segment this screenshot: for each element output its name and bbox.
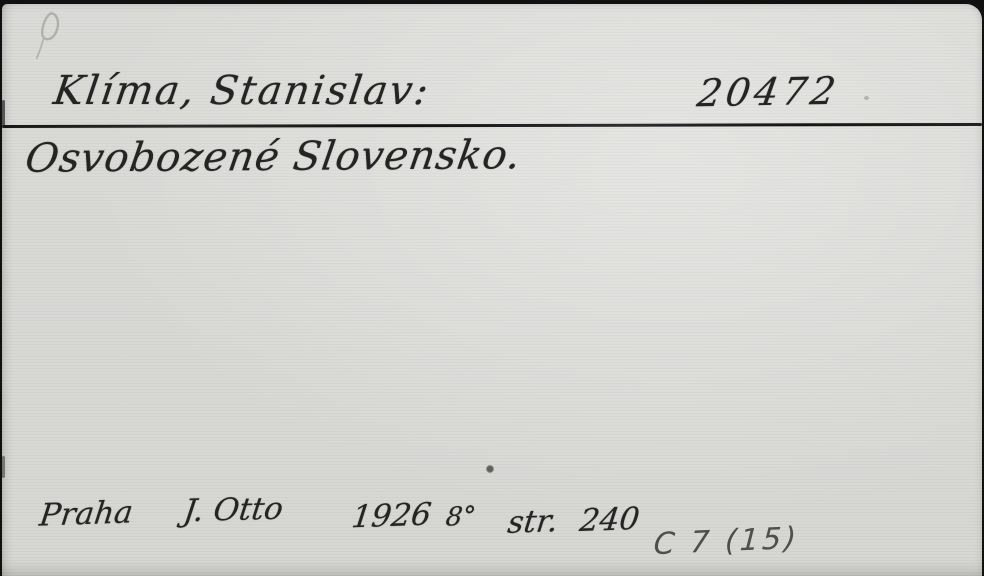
catalog-number: 20472 (694, 69, 842, 115)
ink-speck (864, 96, 869, 100)
book-title: Osvobozené Slovensko. (22, 132, 524, 181)
shelfmark-annotation: C 7 (15) (653, 521, 800, 562)
imprint-place: Praha (38, 494, 136, 533)
imprint-pages-label: str. (506, 503, 560, 541)
imprint-year: 1926 (350, 497, 434, 536)
ink-dot (486, 465, 494, 473)
imprint-format: 8° (444, 501, 477, 533)
card-paper: Klíma, Stanislav: 20472 Osvobozené Slove… (2, 4, 982, 576)
ruled-divider-line (2, 123, 982, 128)
imprint-publisher: J. Otto (181, 491, 285, 530)
author-heading: Klíma, Stanislav: (51, 68, 433, 114)
scan-edge-blotch (2, 456, 5, 478)
scanned-catalog-card: Klíma, Stanislav: 20472 Osvobozené Slove… (0, 0, 984, 576)
pencil-mark-icon (33, 9, 64, 63)
scan-edge-blotch (2, 100, 5, 126)
imprint-pages: 240 (578, 501, 642, 539)
